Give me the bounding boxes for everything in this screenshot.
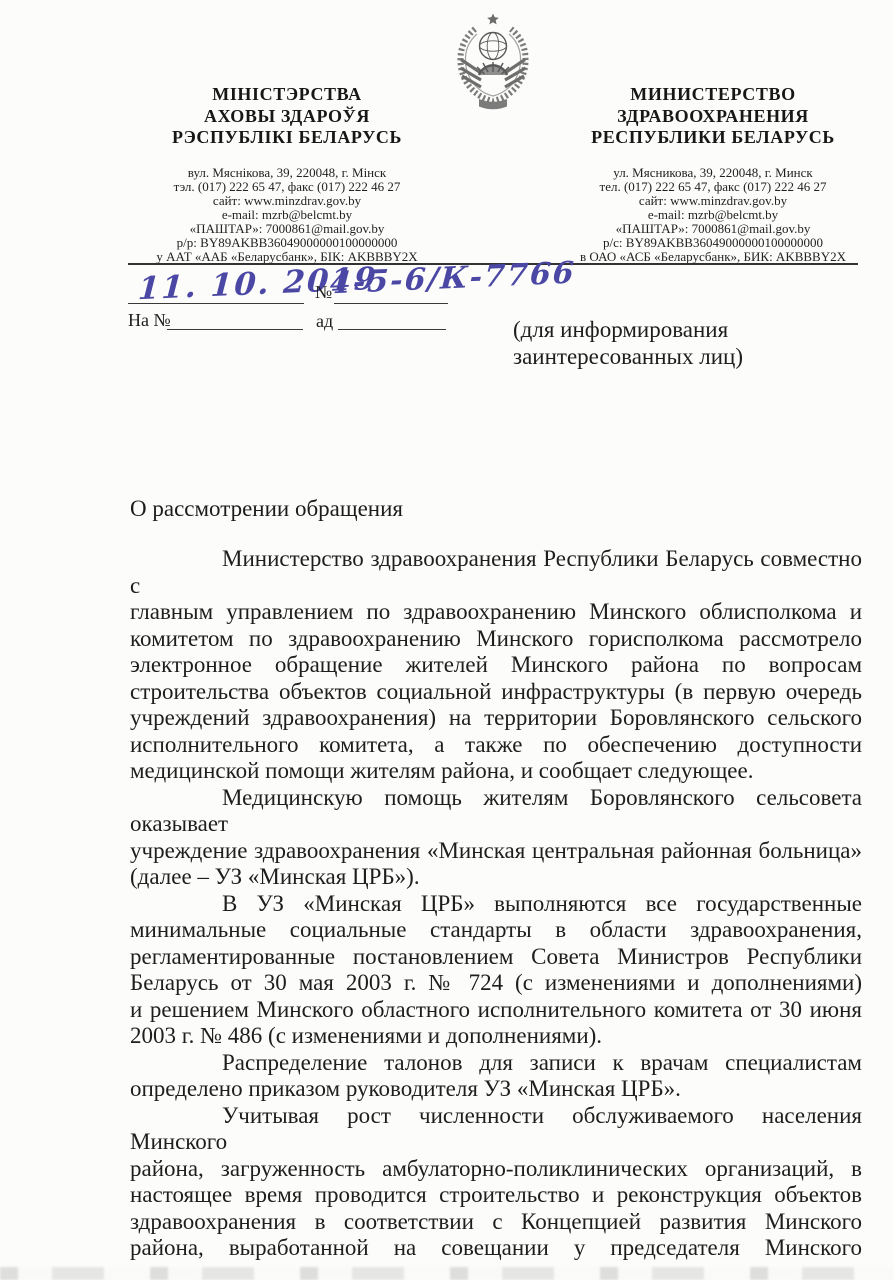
ministry-title-ru: МИНИСТЕРСТВОЗДРАВООХРАНЕНИЯРЕСПУБЛИКИ БЕ… (546, 84, 880, 149)
contact-line: тел. (017) 222 65 47, факс (017) 222 46 … (546, 180, 880, 194)
body-line: определено приказом руководителя УЗ «Мин… (130, 1076, 862, 1103)
contact-line: у ААТ «ААБ «Беларусбанк», БІК: AKBBBY2X (128, 250, 446, 264)
scan-artifact-band (0, 1267, 894, 1280)
ministry-title-line: РЕСПУБЛИКИ БЕЛАРУСЬ (546, 127, 880, 149)
addressee-line-2: заинтересованных лиц) (513, 343, 743, 370)
body-line: В УЗ «Минская ЦРБ» выполняются все госуд… (130, 891, 862, 918)
contact-line: e-mail: mzrb@belcmt.by (546, 208, 880, 222)
ministry-title-line: АХОВЫ ЗДАРОЎЯ (128, 106, 446, 128)
contact-line: в ОАО «АСБ «Беларусбанк», БИК: AKBBBY2X (546, 250, 880, 264)
ministry-title-line: ЗДРАВООХРАНЕНИЯ (546, 106, 880, 128)
letterhead-russian: МИНИСТЕРСТВОЗДРАВООХРАНЕНИЯРЕСПУБЛИКИ БЕ… (546, 84, 880, 264)
addressee-note: (для информирования заинтересованных лиц… (513, 316, 743, 370)
ministry-title-by: МІНІСТЭРСТВААХОВЫ ЗДАРОЎЯРЭСПУБЛІКІ БЕЛА… (128, 84, 446, 149)
subject-line: О рассмотрении обращения (130, 496, 403, 522)
contact-line: сайт: www.minzdrav.gov.by (546, 194, 880, 208)
contact-line: сайт: www.minzdrav.gov.by (128, 194, 446, 208)
body-line: района, загруженность амбулаторно-поликл… (130, 1156, 862, 1183)
body-line: электронное обращение жителей Минского р… (130, 652, 862, 679)
belarus-coat-of-arms-icon (452, 12, 534, 112)
body-line: Беларусь от 30 мая 2003 г. № 724 (с изме… (130, 970, 862, 997)
body-line: настоящее время проводится строительство… (130, 1182, 862, 1209)
body-line: главным управлением по здравоохранению М… (130, 599, 862, 626)
contact-line: вул. Мяснікова, 39, 220048, г. Мінск (128, 166, 446, 180)
letter-body: Министерство здравоохранения Республики … (130, 546, 862, 1262)
contact-line: р/р: BY89AKBB36049000000100000000 (128, 236, 446, 250)
body-line: Министерство здравоохранения Республики … (130, 546, 862, 599)
ministry-contacts-ru: ул. Мясникова, 39, 220048, г. Минсктел. … (546, 166, 880, 264)
contact-line: тэл. (017) 222 65 47, факс (017) 222 46 … (128, 180, 446, 194)
letterhead-belarusian: МІНІСТЭРСТВААХОВЫ ЗДАРОЎЯРЭСПУБЛІКІ БЕЛА… (128, 84, 446, 264)
reply-to-number-label: На № (128, 310, 171, 331)
body-line: строительства объектов социальной инфрас… (130, 679, 862, 706)
contact-line: e-mail: mzrb@belcmt.by (128, 208, 446, 222)
body-line: исполнительного комитета, а также по обе… (130, 732, 862, 759)
body-line: медицинской помощи жителям района, и соо… (130, 758, 862, 785)
contact-line: «ПАШТАР»: 7000861@mail.gov.by (546, 222, 880, 236)
scanned-letter-page: МІНІСТЭРСТВААХОВЫ ЗДАРОЎЯРЭСПУБЛІКІ БЕЛА… (0, 0, 894, 1280)
contact-line: ул. Мясникова, 39, 220048, г. Минск (546, 166, 880, 180)
body-line: района, выработанной на совещании у пред… (130, 1235, 862, 1262)
body-line: и решением Минского областного исполните… (130, 997, 862, 1024)
date-blank-line (128, 303, 304, 304)
reply-number-blank-line (167, 329, 303, 330)
ministry-title-line: РЭСПУБЛІКІ БЕЛАРУСЬ (128, 127, 446, 149)
addressee-line-1: (для информирования (513, 316, 743, 343)
body-line: 2003 г. № 486 (с изменениями и дополнени… (130, 1023, 862, 1050)
body-line: учреждений здравоохранения) на территори… (130, 705, 862, 732)
body-line: Медицинскую помощь жителям Боровлянского… (130, 785, 862, 838)
body-line: комитетом по здравоохранению Минского го… (130, 626, 862, 653)
ministry-contacts-by: вул. Мяснікова, 39, 220048, г. Мінсктэл.… (128, 166, 446, 264)
body-line: Распределение талонов для записи к врача… (130, 1050, 862, 1077)
ministry-title-line: МИНИСТЕРСТВО (546, 84, 880, 106)
number-blank-line (334, 303, 448, 304)
body-line: регламентированные постановлением Совета… (130, 944, 862, 971)
body-line: учреждение здравоохранения «Минская цент… (130, 838, 862, 865)
reply-from-date-label: ад (316, 311, 333, 332)
body-line: Учитывая рост численности обслуживаемого… (130, 1103, 862, 1156)
body-line: (далее – УЗ «Минская ЦРБ»). (130, 864, 862, 891)
body-line: минимальные социальные стандарты в облас… (130, 917, 862, 944)
ministry-title-line: МІНІСТЭРСТВА (128, 84, 446, 106)
reply-date-blank-line (338, 329, 446, 330)
contact-line: «ПАШТАР»: 7000861@mail.gov.by (128, 222, 446, 236)
contact-line: р/с: BY89AKBB36049000000100000000 (546, 236, 880, 250)
body-line: здравоохранения в соответствии с Концепц… (130, 1209, 862, 1236)
